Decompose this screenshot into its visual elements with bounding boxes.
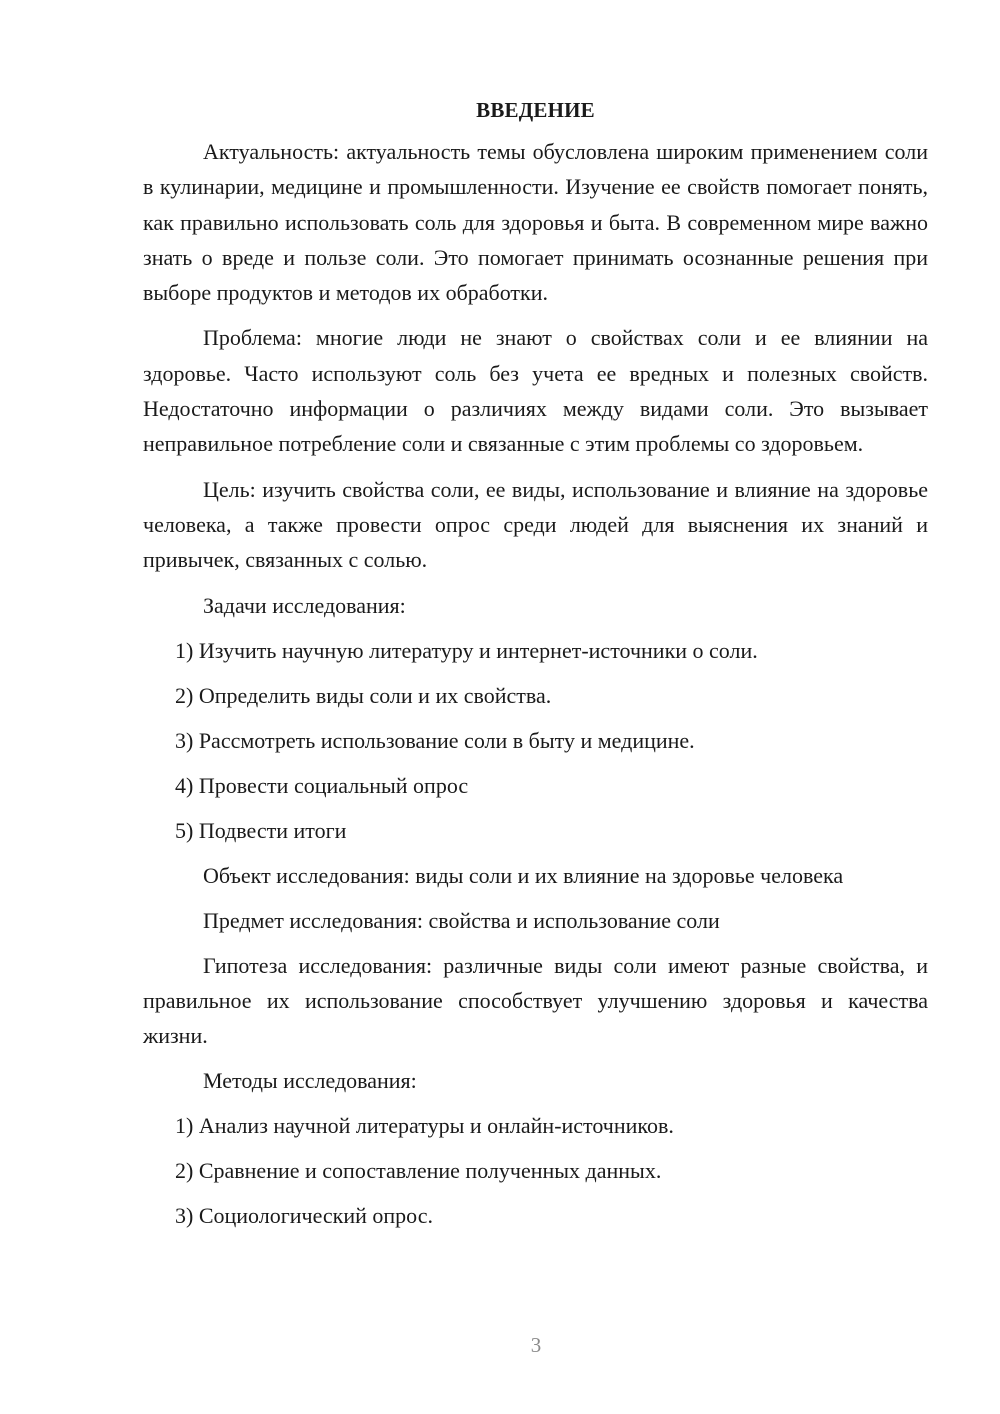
research-object: Объект исследования: виды соли и их влия…: [143, 858, 928, 893]
tasks-list: 1) Изучить научную литературу и интернет…: [143, 633, 928, 848]
page-number: 3: [0, 1333, 1000, 1358]
method-item: 3) Социологический опрос.: [143, 1198, 928, 1233]
methods-label: Методы исследования:: [143, 1063, 928, 1098]
task-item: 1) Изучить научную литературу и интернет…: [143, 633, 928, 668]
task-item: 5) Подвести итоги: [143, 813, 928, 848]
tasks-label: Задачи исследования:: [143, 588, 928, 623]
problem-paragraph: Проблема: многие люди не знают о свойств…: [143, 320, 928, 461]
task-item: 2) Определить виды соли и их свойства.: [143, 678, 928, 713]
goal-paragraph: Цель: изучить свойства соли, ее виды, ис…: [143, 472, 928, 578]
task-item: 4) Провести социальный опрос: [143, 768, 928, 803]
research-subject: Предмет исследования: свойства и использ…: [143, 903, 928, 938]
relevance-paragraph: Актуальность: актуальность темы обусловл…: [143, 134, 928, 310]
document-page: ВВЕДЕНИЕ Актуальность: актуальность темы…: [143, 94, 928, 1243]
methods-list: 1) Анализ научной литературы и онлайн-ис…: [143, 1108, 928, 1233]
hypothesis-paragraph: Гипотеза исследования: различные виды со…: [143, 948, 928, 1054]
task-item: 3) Рассмотреть использование соли в быту…: [143, 723, 928, 758]
method-item: 1) Анализ научной литературы и онлайн-ис…: [143, 1108, 928, 1143]
method-item: 2) Сравнение и сопоставление полученных …: [143, 1153, 928, 1188]
section-heading: ВВЕДЕНИЕ: [143, 94, 928, 126]
